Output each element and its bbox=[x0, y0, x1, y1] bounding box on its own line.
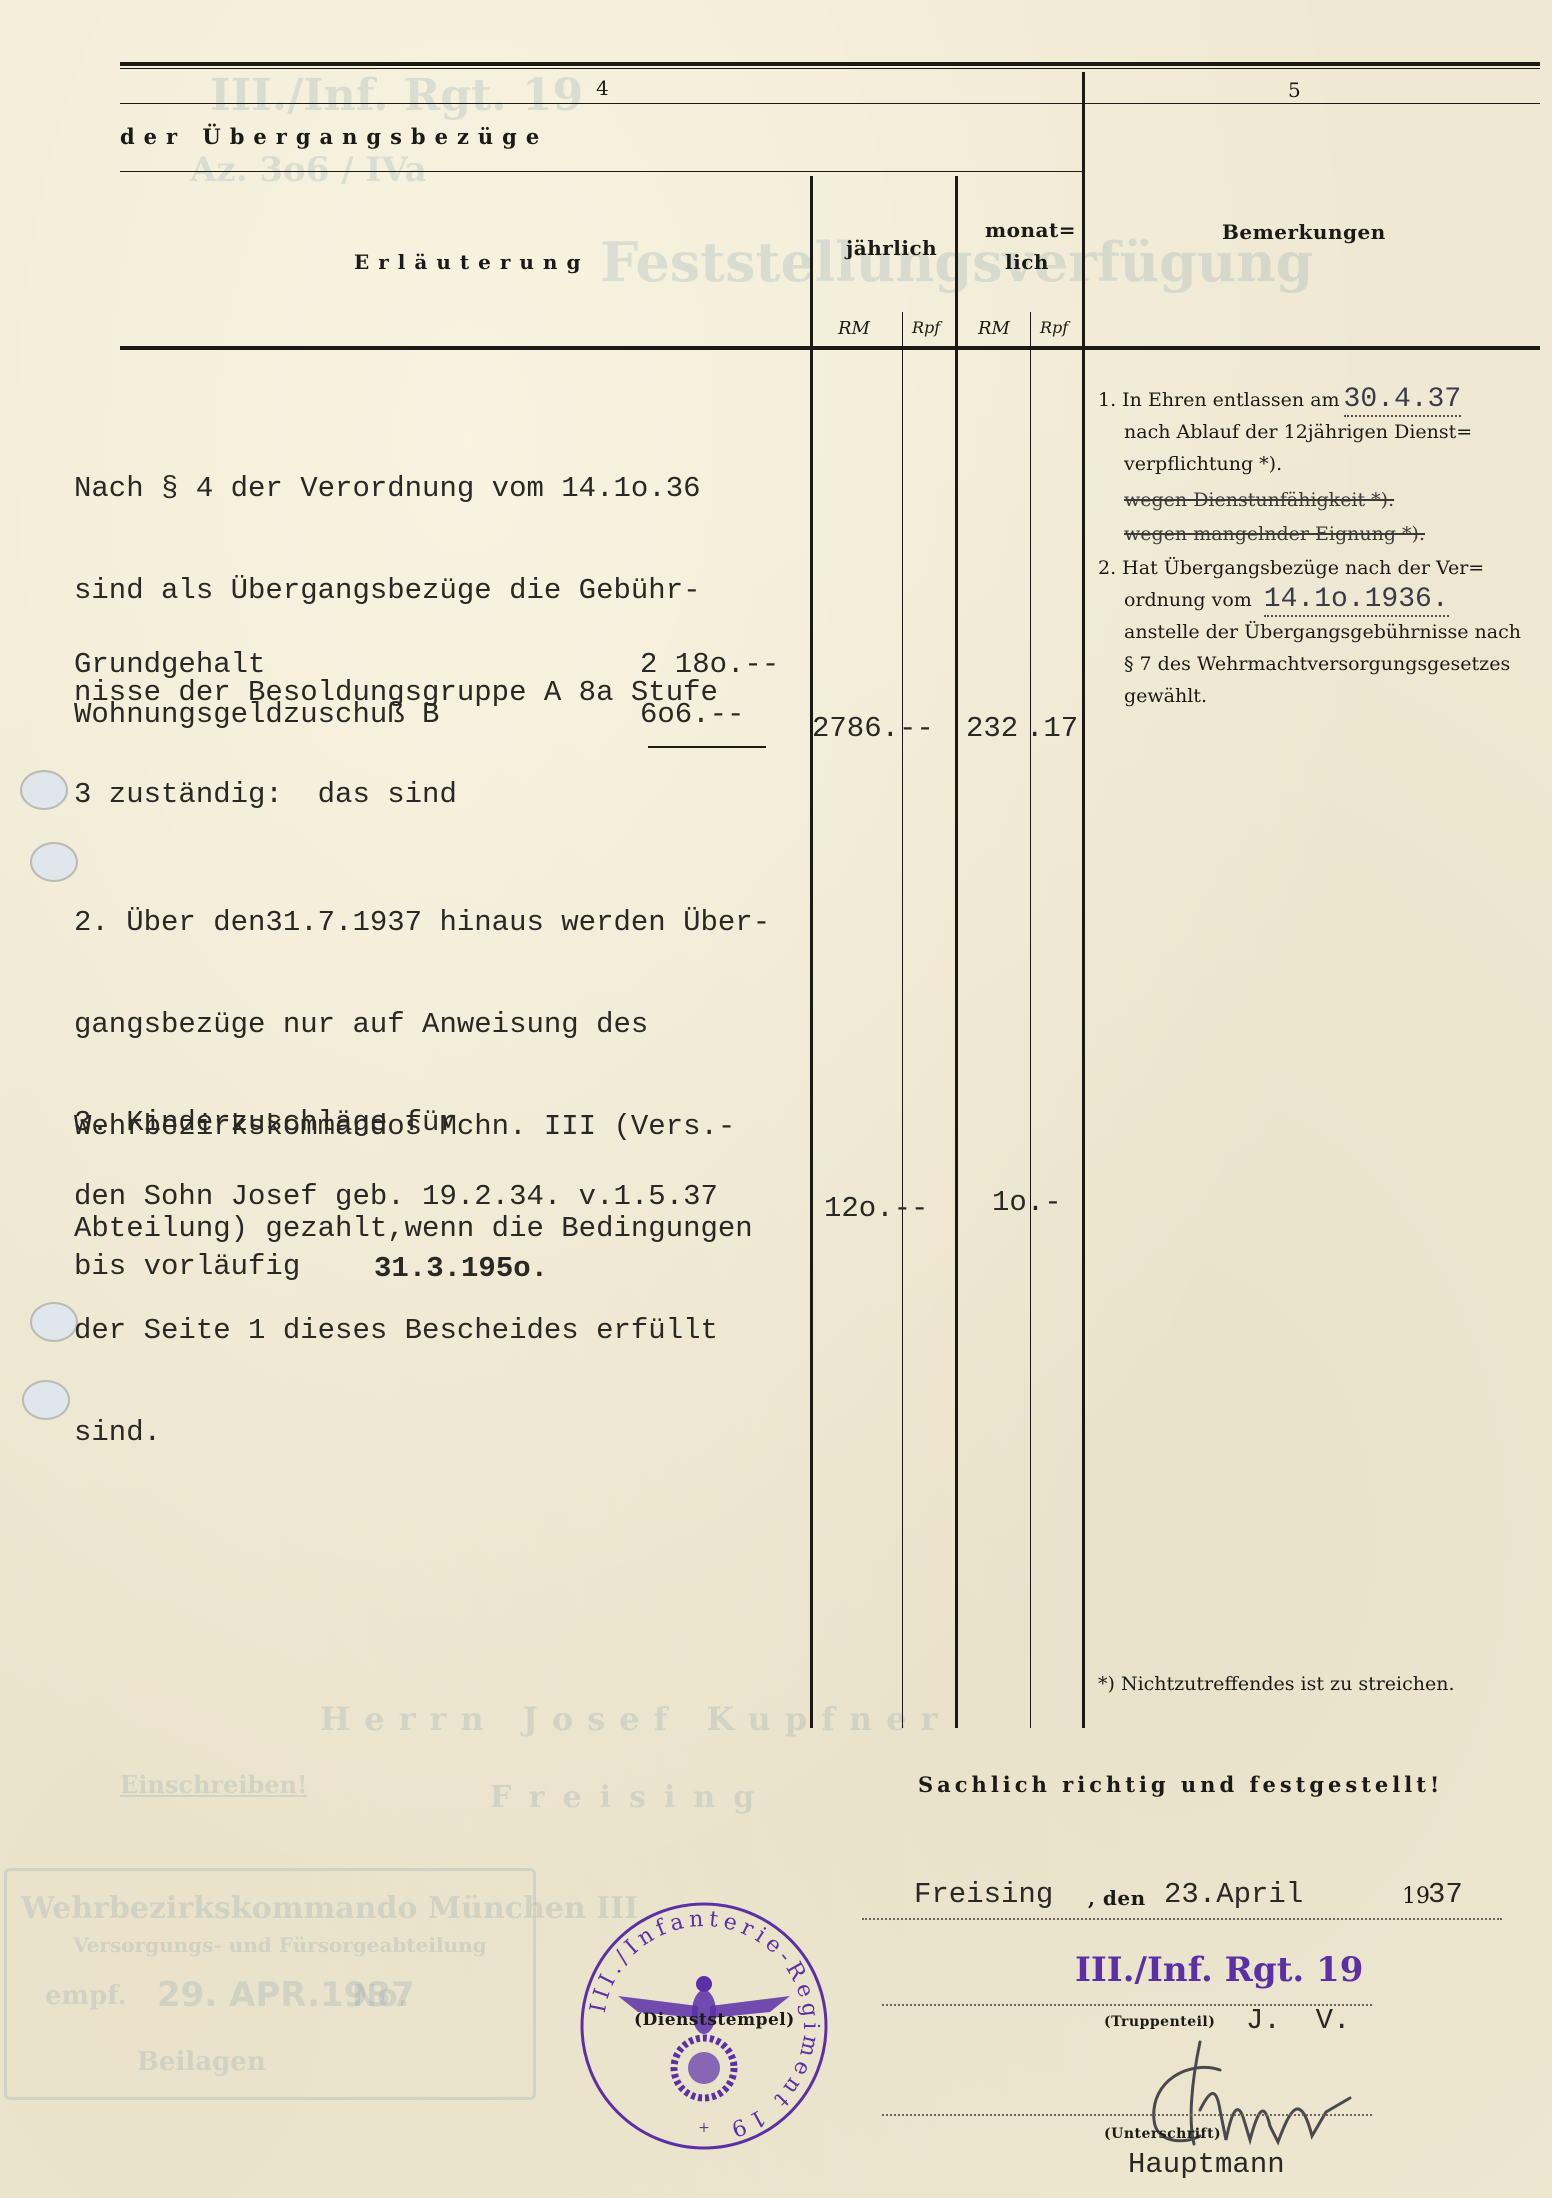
col-header-yearly: jährlich bbox=[846, 236, 937, 260]
remark-1-line1: 1. In Ehren entlassen am30.4.37 bbox=[1098, 384, 1472, 416]
receipt-stamp: Wehrbezirkskommando München III Versorgu… bbox=[4, 1868, 536, 2100]
explanation-para2-line: gangsbezüge nur auf Anweisung des bbox=[74, 1008, 770, 1042]
remark-2: 2. Hat Übergangsbezüge nach der Ver= ord… bbox=[1098, 552, 1521, 712]
explanation-para3-until-date: 31.3.195o. bbox=[374, 1252, 548, 1286]
column-5-number: 5 bbox=[1288, 78, 1301, 102]
item-base-salary-label: Grundgehalt bbox=[74, 648, 265, 682]
unit-label: (Truppenteil) bbox=[1104, 2014, 1215, 2030]
year-suffix: 37 bbox=[1428, 1878, 1463, 1912]
remark-2-line1: 2. Hat Übergangsbezüge nach der Ver= bbox=[1098, 552, 1521, 584]
bleed-addressee: Herrn Josef Kupfner bbox=[320, 1700, 951, 1738]
in-vertretung: J. V. bbox=[1246, 2004, 1350, 2038]
certification-statement: Sachlich richtig und festgestellt! bbox=[918, 1772, 1443, 1797]
place: Freising bbox=[914, 1878, 1053, 1912]
currency-monthly-rm: RM bbox=[978, 318, 1010, 339]
top-double-rule-thick bbox=[120, 62, 1540, 66]
child-monthly-rm: 1o.- bbox=[992, 1186, 1062, 1220]
col-rule-yearly-rpf bbox=[902, 312, 903, 1728]
total-yearly-rm: 2786.-- bbox=[812, 712, 934, 746]
explanation-para1: Nach § 4 der Verordnung vom 14.1o.36 sin… bbox=[74, 404, 718, 846]
seal-label: (Dienststempel) bbox=[634, 2010, 795, 2030]
sum-underline bbox=[648, 746, 766, 748]
total-monthly-rpf: .17 bbox=[1026, 712, 1078, 746]
explanation-para2-line: Abteilung) gezahlt,wenn die Bedingungen bbox=[74, 1212, 770, 1246]
item-housing-amount: 6o6.-- bbox=[640, 698, 744, 732]
explanation-para2-line: 2. Über den31.7.1937 hinaus werden Über- bbox=[74, 906, 770, 940]
explanation-para3-title: 3. Kinderzuschläge für bbox=[74, 1106, 457, 1140]
currency-yearly-rpf: Rpf bbox=[912, 318, 940, 337]
place-date-line: Freising , den 23.April 19 37 bbox=[862, 1878, 1502, 1920]
remark-2-line3: anstelle der Übergangsgebührnisse nach bbox=[1098, 616, 1521, 648]
date-separator: , den bbox=[1088, 1886, 1146, 1910]
receipt-stamp-no: No. bbox=[352, 1979, 409, 2014]
column-4-number: 4 bbox=[596, 76, 609, 100]
remarks-footnote: *) Nichtzutreffendes ist zu streichen. bbox=[1098, 1668, 1455, 1700]
rank: Hauptmann bbox=[1128, 2148, 1285, 2182]
remark-1-line3: verpflichtung *). bbox=[1098, 448, 1472, 480]
header-rule-col5 bbox=[1085, 103, 1540, 104]
bleed-einschreiben: Einschreiben! bbox=[120, 1770, 308, 1799]
year-prefix: 19 bbox=[1402, 1884, 1430, 1909]
header-bottom-rule bbox=[120, 346, 1540, 350]
child-yearly-rm: 12o.-- bbox=[824, 1192, 928, 1226]
explanation-para2-line: der Seite 1 dieses Bescheides erfüllt bbox=[74, 1314, 770, 1348]
bleed-aktenzeichen: Az. 3o6 / IVa bbox=[190, 150, 427, 190]
remark-1: 1. In Ehren entlassen am30.4.37 nach Abl… bbox=[1098, 384, 1472, 550]
explanation-para1-line: 3 zuständig: das sind bbox=[74, 778, 718, 812]
punch-hole bbox=[20, 770, 68, 810]
signature-label: (Unterschrift) bbox=[1104, 2126, 1221, 2142]
remark-2-prefix: ordnung vom bbox=[1124, 589, 1252, 611]
remark-2-line4: § 7 des Wehrmachtversorgungsgesetzes bbox=[1098, 648, 1521, 680]
receipt-stamp-enclosures: Beilagen bbox=[137, 2047, 266, 2077]
col-rule-monthly-rpf bbox=[1030, 312, 1031, 1728]
explanation-para2: 2. Über den31.7.1937 hinaus werden Über-… bbox=[74, 838, 770, 1484]
item-base-salary-amount: 2 18o.-- bbox=[640, 648, 779, 682]
bleed-addressee-city: Freising bbox=[490, 1780, 772, 1815]
remark-1-date: 30.4.37 bbox=[1344, 384, 1462, 417]
col-header-explanation: Erläuterung bbox=[354, 250, 589, 274]
punch-hole bbox=[30, 1302, 78, 1342]
col-rule-remarks bbox=[1082, 72, 1085, 1728]
explanation-para1-line: Nach § 4 der Verordnung vom 14.1o.36 bbox=[74, 472, 718, 506]
explanation-para1-line: sind als Übergangsbezüge die Gebühr- bbox=[74, 574, 718, 608]
remark-2-line2: ordnung vom14.1o.1936. bbox=[1098, 584, 1521, 616]
explanation-para3-until-label: bis vorläufig bbox=[74, 1250, 300, 1284]
remark-2-date: 14.1o.1936. bbox=[1264, 584, 1449, 617]
remark-1-struck-a: wegen Dienstunfähigkeit *). bbox=[1098, 484, 1472, 516]
currency-yearly-rm: RM bbox=[838, 318, 870, 339]
unit-stamp: III./Inf. Rgt. 19 bbox=[1075, 1950, 1363, 1990]
remark-1-prefix: 1. In Ehren entlassen am bbox=[1098, 389, 1340, 411]
receipt-stamp-line2: Versorgungs- und Fürsorgeabteilung bbox=[73, 1933, 487, 1957]
col-header-monthly-2: lich bbox=[1005, 250, 1049, 274]
total-monthly-rm: 232 bbox=[966, 712, 1018, 746]
remark-1-struck-b: wegen mangelnder Eignung *). bbox=[1098, 518, 1472, 550]
col-rule-yearly-left bbox=[810, 176, 813, 1728]
header-rule-col4 bbox=[120, 103, 1082, 104]
col-rule-monthly-left bbox=[955, 176, 958, 1728]
section-title-rule bbox=[120, 171, 1082, 172]
top-double-rule-thin bbox=[120, 68, 1540, 69]
date: 23.April bbox=[1164, 1878, 1303, 1912]
punch-hole bbox=[22, 1380, 70, 1420]
col-header-monthly-1: monat= bbox=[985, 218, 1076, 242]
section-title: der Übergangsbezüge bbox=[120, 124, 548, 149]
official-seal: III./Infanterie-Regiment 19 + (Dienstste… bbox=[578, 1900, 830, 2152]
explanation-para3-child: den Sohn Josef geb. 19.2.34. v.1.5.37 bbox=[74, 1180, 718, 1214]
receipt-stamp-received: empf. bbox=[45, 1981, 127, 2011]
currency-monthly-rpf: Rpf bbox=[1040, 318, 1068, 337]
item-housing-label: Wohnungsgeldzuschuß B bbox=[74, 698, 439, 732]
col-header-remarks: Bemerkungen bbox=[1222, 220, 1386, 244]
explanation-para2-line: sind. bbox=[74, 1416, 770, 1450]
remark-2-line5: gewählt. bbox=[1098, 680, 1521, 712]
remark-1-line2: nach Ablauf der 12jährigen Dienst= bbox=[1098, 416, 1472, 448]
signature-line bbox=[882, 2114, 1372, 2116]
punch-hole bbox=[30, 842, 78, 882]
receipt-stamp-line1: Wehrbezirkskommando München III bbox=[21, 1891, 638, 1926]
svg-text:+: + bbox=[698, 2120, 710, 2136]
bleed-reference: III./Inf. Rgt. 19 bbox=[210, 70, 583, 121]
